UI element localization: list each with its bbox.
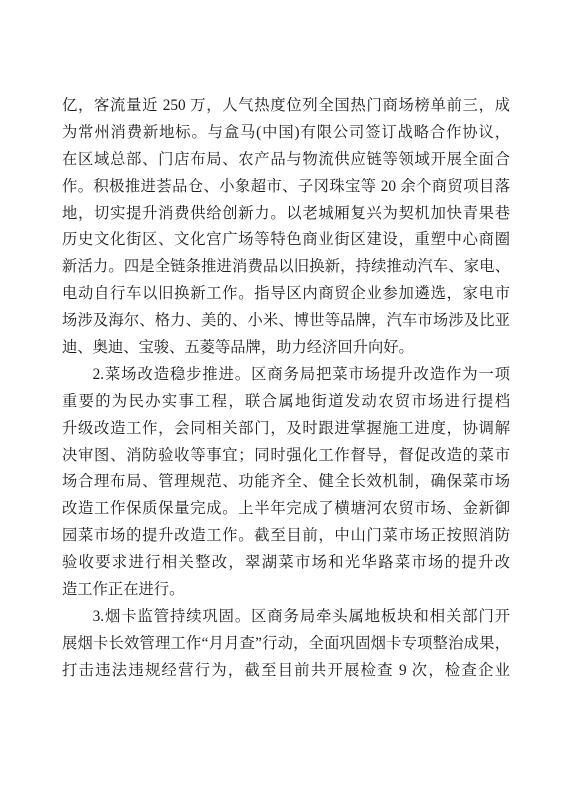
text-line: 验收要求进行相关整改，翠湖菜市场和光华路菜市场的提升改: [62, 550, 510, 577]
text-line: 在区域总部、门店布局、农产品与物流供应链等领域开展全面合: [62, 147, 510, 174]
text-line: 场涉及海尔、格力、美的、小米、博世等品牌，汽车市场涉及比亚: [62, 308, 510, 335]
text-line: 园菜市场的提升改造工作。截至目前，中山门菜市场正按照消防: [62, 523, 510, 550]
text-line: 作。积极推进荟品仓、小象超市、子冈珠宝等 20 余个商贸项目落: [62, 174, 510, 201]
text-line: 迪、奥迪、宝骏、五菱等品牌，助力经济回升向好。: [62, 335, 510, 362]
text-line: 改造工作保质保量完成。上半年完成了横塘河农贸市场、金新御: [62, 496, 510, 523]
text-line: 历史文化街区、文化宫广场等特色商业街区建设，重塑中心商圈: [62, 227, 510, 254]
text-line: 新活力。四是全链条推进消费品以旧换新，持续推动汽车、家电、: [62, 254, 510, 281]
text-line: 场合理布局、管理规范、功能齐全、健全长效机制，确保菜市场: [62, 469, 510, 496]
document-text-block: 亿，客流量近 250 万，人气热度位列全国热门商场榜单前三，成为常州消费新地标。…: [62, 93, 510, 685]
text-line: 打击违法违规经营行为，截至目前共开展检查 9 次，检查企业: [62, 658, 510, 685]
text-line: 重要的为民办实事工程，联合属地街道发动农贸市场进行提档: [62, 389, 510, 416]
text-line: 3.烟卡监管持续巩固。区商务局牵头属地板块和相关部门开: [62, 604, 510, 631]
text-line: 决审图、消防验收等事宜；同时强化工作督导，督促改造的菜市: [62, 443, 510, 470]
text-line: 2.菜场改造稳步推进。区商务局把菜市场提升改造作为一项: [62, 362, 510, 389]
text-line: 升级改造工作，会同相关部门，及时跟进掌握施工进度，协调解: [62, 416, 510, 443]
document-page: 亿，客流量近 250 万，人气热度位列全国热门商场榜单前三，成为常州消费新地标。…: [0, 0, 570, 807]
text-line: 地，切实提升消费供给创新力。以老城厢复兴为契机加快青果巷: [62, 201, 510, 228]
text-line: 造工作正在进行。: [62, 577, 510, 604]
text-line: 电动自行车以旧换新工作。指导区内商贸企业参加遴选，家电市: [62, 281, 510, 308]
text-line: 展烟卡长效管理工作“月月查”行动，全面巩固烟卡专项整治成果，: [62, 631, 510, 658]
text-line: 为常州消费新地标。与盒马(中国)有限公司签订战略合作协议，: [62, 120, 510, 147]
text-line: 亿，客流量近 250 万，人气热度位列全国热门商场榜单前三，成: [62, 93, 510, 120]
